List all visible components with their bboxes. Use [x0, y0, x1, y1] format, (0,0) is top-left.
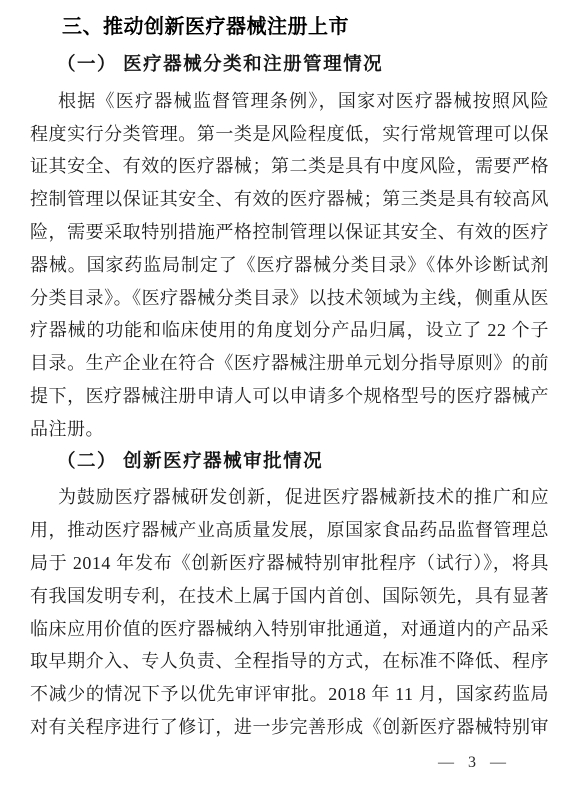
text-line: 为鼓励医疗器械研发创新，促进医疗器械新技术的推广和应	[30, 481, 549, 514]
page-number: — 3 —	[438, 754, 511, 772]
section-heading: 三、推动创新医疗器械注册上市	[62, 14, 549, 40]
text-line: 目录。生产企业在符合《医疗器械注册单元划分指导原则》的前	[30, 347, 549, 380]
text-line: 疗器械的功能和临床使用的角度划分产品归属，设立了 22 个子	[30, 314, 549, 347]
text-line: 控制管理以保证其安全、有效的医疗器械；第三类是具有较高风	[30, 183, 549, 216]
text-line: 对有关程序进行了修订，进一步完善形成《创新医疗器械特别审	[30, 711, 549, 744]
text-line: 程度实行分类管理。第一类是风险程度低，实行常规管理可以保	[30, 118, 549, 151]
text-line: 取早期介入、专人负责、全程指导的方式，在标准不降低、程序	[30, 645, 549, 678]
paragraph-1: 根据《医疗器械监督管理条例》，国家对医疗器械按照风险程度实行分类管理。第一类是风…	[30, 85, 549, 446]
subsection-title-1: （一） 医疗器械分类和注册管理情况	[57, 49, 549, 82]
text-line: 证其安全、有效的医疗器械；第二类是具有中度风险，需要严格	[30, 150, 549, 183]
text-line: 不减少的情况下予以优先审评审批。2018 年 11 月，国家药监局	[30, 678, 549, 711]
document-page: 三、推动创新医疗器械注册上市 （一） 医疗器械分类和注册管理情况 根据《医疗器械…	[0, 0, 565, 789]
text-line: 品注册。	[30, 413, 549, 446]
text-line: 有我国发明专利，在技术上属于国内首创、国际领先，具有显著	[30, 580, 549, 613]
text-line: 临床应用价值的医疗器械纳入特别审批通道，对通道内的产品采	[30, 613, 549, 646]
text-line: 险，需要采取特别措施严格控制管理以保证其安全、有效的医疗	[30, 216, 549, 249]
text-line: 分类目录》。《医疗器械分类目录》以技术领域为主线，侧重从医	[30, 282, 549, 315]
text-line: 器械。国家药监局制定了《医疗器械分类目录》《体外诊断试剂	[30, 249, 549, 282]
text-line: 根据《医疗器械监督管理条例》，国家对医疗器械按照风险	[30, 85, 549, 118]
subsection-title-2: （二） 创新医疗器械审批情况	[57, 446, 549, 479]
text-line: 提下，医疗器械注册申请人可以申请多个规格型号的医疗器械产	[30, 380, 549, 413]
text-line: 局于 2014 年发布《创新医疗器械特别审批程序（试行）》，将具	[30, 547, 549, 580]
paragraph-2: 为鼓励医疗器械研发创新，促进医疗器械新技术的推广和应用，推动医疗器械产业高质量发…	[30, 481, 549, 743]
text-line: 用，推动医疗器械产业高质量发展，原国家食品药品监督管理总	[30, 514, 549, 547]
